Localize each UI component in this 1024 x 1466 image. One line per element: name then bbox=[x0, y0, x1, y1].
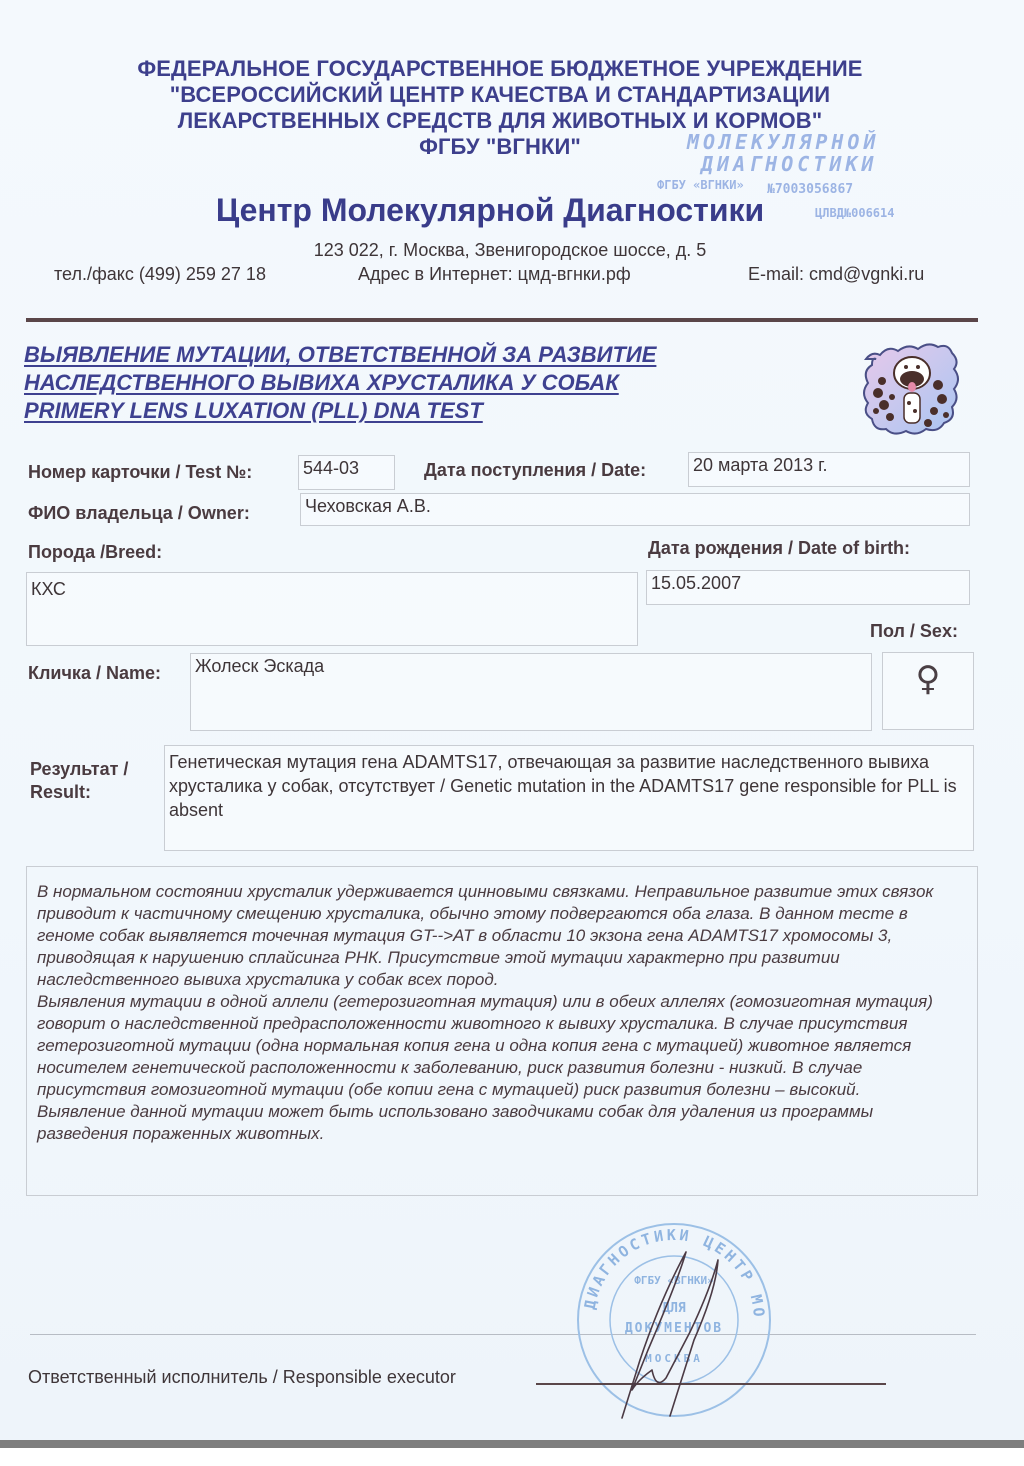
result-label-line-2: Result: bbox=[30, 781, 128, 804]
org-line-2: "ВСЕРОССИЙСКИЙ ЦЕНТР КАЧЕСТВА И СТАНДАРТ… bbox=[0, 82, 1000, 108]
owner-field: Чеховская А.В. bbox=[300, 493, 970, 526]
breed-label: Порода /Breed: bbox=[28, 542, 162, 563]
owner-label: ФИО владельца / Owner: bbox=[28, 503, 250, 524]
result-field: Генетическая мутация гена ADAMTS17, отве… bbox=[164, 745, 974, 851]
stamp-line-1: МОЛЕКУЛЯРНОЙ bbox=[687, 130, 880, 154]
test-title: ВЫЯВЛЕНИЕ МУТАЦИИ, ОТВЕТСТВЕННОЙ ЗА РАЗВ… bbox=[24, 341, 656, 425]
breed-field: КХС bbox=[26, 572, 638, 646]
test-description: В нормальном состоянии хрусталик удержив… bbox=[26, 866, 978, 1196]
name-field: Жолеск Эскада bbox=[190, 653, 872, 731]
female-symbol-icon: ♀ bbox=[883, 659, 973, 699]
handwritten-signature bbox=[560, 1240, 760, 1420]
result-label: Результат / Result: bbox=[30, 758, 128, 804]
date-of-birth-label: Дата рождения / Date of birth: bbox=[648, 538, 910, 559]
test-number-label: Номер карточки / Test №: bbox=[28, 462, 252, 483]
description-paragraph-1: В нормальном состоянии хрусталик удержив… bbox=[37, 881, 967, 991]
test-title-line-1: ВЫЯВЛЕНИЕ МУТАЦИИ, ОТВЕТСТВЕННОЙ ЗА РАЗВ… bbox=[24, 341, 656, 369]
scanner-edge-bar bbox=[0, 1440, 1024, 1448]
address: 123 022, г. Москва, Звенигородское шоссе… bbox=[0, 240, 1000, 261]
name-label: Кличка / Name: bbox=[28, 663, 161, 684]
result-label-line-1: Результат / bbox=[30, 758, 128, 781]
test-title-line-2: НАСЛЕДСТВЕННОГО ВЫВИХА ХРУСТАЛИКА У СОБА… bbox=[24, 369, 656, 397]
date-received-label: Дата поступления / Date: bbox=[424, 460, 646, 481]
dalmatian-dog-icon bbox=[852, 337, 972, 442]
signature-divider bbox=[30, 1334, 976, 1335]
website: Адрес в Интернет: цмд-вгнки.рф bbox=[358, 264, 631, 285]
org-line-1: ФЕДЕРАЛЬНОЕ ГОСУДАРСТВЕННОЕ БЮДЖЕТНОЕ УЧ… bbox=[0, 56, 1000, 82]
description-paragraph-2: Выявления мутации в одной аллели (гетеро… bbox=[37, 991, 967, 1101]
page-bottom-margin bbox=[0, 1448, 1024, 1466]
test-title-line-3: PRIMERY LENS LUXATION (PLL) DNA TEST bbox=[24, 397, 656, 425]
header-divider bbox=[26, 318, 978, 322]
date-received-field: 20 марта 2013 г. bbox=[688, 452, 970, 487]
date-of-birth-field: 15.05.2007 bbox=[646, 570, 970, 605]
test-number-field: 544-03 bbox=[298, 455, 395, 490]
email: E-mail: cmd@vgnki.ru bbox=[748, 264, 924, 285]
center-title: Центр Молекулярной Диагностики bbox=[0, 190, 1000, 230]
description-paragraph-3: Выявление данной мутации может быть испо… bbox=[37, 1101, 967, 1145]
sex-field: ♀ bbox=[882, 652, 974, 730]
stamp-line-2: ДИАГНОСТИКИ bbox=[701, 152, 877, 176]
sex-label: Пол / Sex: bbox=[870, 621, 958, 642]
responsible-executor-label: Ответственный исполнитель / Responsible … bbox=[28, 1367, 456, 1388]
phone: тел./факс (499) 259 27 18 bbox=[54, 264, 266, 285]
